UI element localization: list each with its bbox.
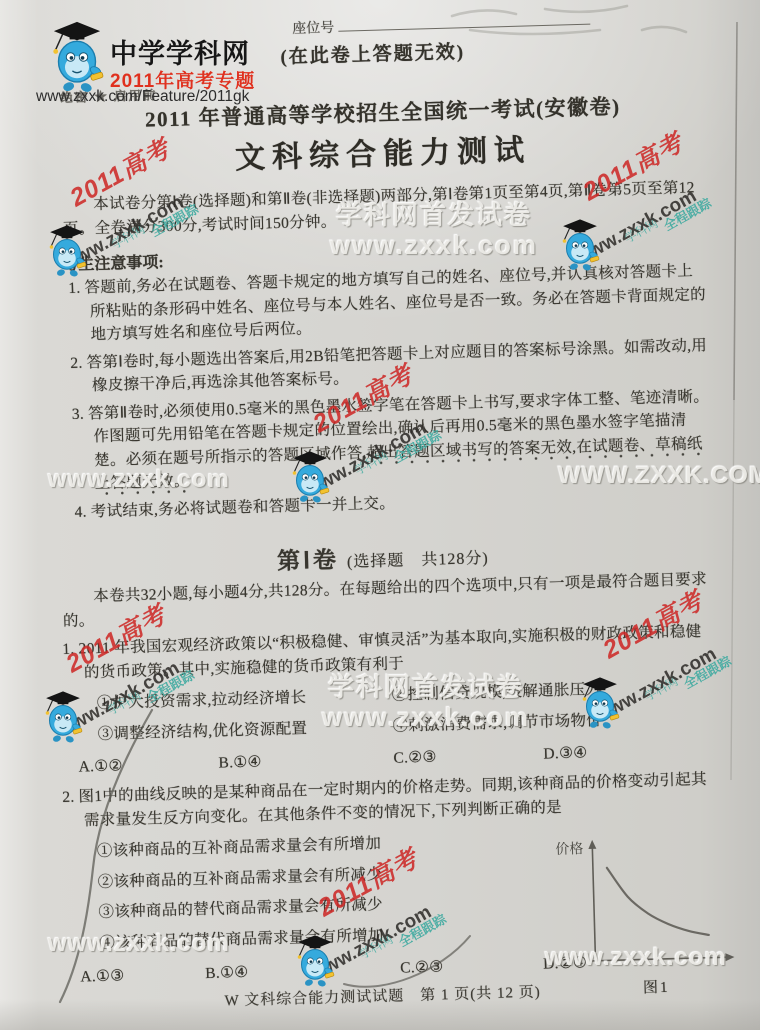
- invalid-notice: (在此卷上答题无效): [280, 37, 465, 69]
- notice-text: 考试结束,务必将试题卷和答题卡一并上交。: [91, 494, 396, 519]
- seat-number-field: 座位号: [292, 10, 590, 38]
- answer-b: B.①④: [205, 961, 249, 986]
- question-2-options: ①该种商品的互补商品需求量会有所增加 ②该种商品的互补商品需求量会有所减少 ③该…: [97, 827, 560, 955]
- option-3: ③调整经济结构,优化资源配置: [97, 714, 393, 746]
- notice-list: 1.答题前,务必在试题卷、答题卡规定的地方填写自己的姓名、座位号,并认真核对答题…: [68, 259, 715, 528]
- section1-heading-sub: (选择题 共128分): [347, 550, 489, 571]
- intro-paragraph: 本试卷分第Ⅰ卷(选择题)和第Ⅱ卷(非选择题)两部分,第Ⅰ卷第1页至第4页,第Ⅱ卷…: [62, 176, 708, 241]
- answer-c: C.②③: [393, 746, 437, 771]
- option-1: ①扩大投资需求,拉动经济增长: [97, 684, 393, 716]
- notice-text: 答第Ⅰ卷时,每小题选出答案后,用2B铅笔把答题卡上对应题目的答案标号涂黑。如需改…: [86, 337, 707, 395]
- price-trend-chart: 价格: [552, 831, 751, 974]
- option-2: ②控制信贷规模,缓解通胀压力: [391, 678, 601, 707]
- y-axis-arrow: [588, 840, 596, 849]
- question-num: 1.: [62, 641, 75, 658]
- notice-num: 3.: [72, 405, 85, 422]
- notice-item: 1.答题前,务必在试题卷、答题卡规定的地方填写自己的姓名、座位号,并认真核对答题…: [68, 259, 710, 347]
- seat-number-blank-line: [338, 24, 590, 32]
- watermark-url: www.zxxk.com: [330, 230, 538, 260]
- y-axis-label: 价格: [555, 840, 583, 858]
- price-curve: [607, 865, 709, 938]
- notice-num: 1.: [68, 280, 81, 297]
- answer-a: A.①②: [78, 754, 123, 779]
- notice-text-emphasized: 超出答题区域书写的答案无效,: [367, 438, 577, 465]
- logo-url: www.zxxk.com/Feature/2011gk: [36, 88, 249, 106]
- answer-a: A.①③: [80, 964, 125, 989]
- option-4: ④刺激消费需求,调节市场物价: [392, 708, 602, 737]
- figure-1: 价格 图1: [552, 831, 751, 996]
- question-stem-text: 图1中的曲线反映的是某种商品在一定时期内的价格走势。同期,该种商品的价格变动引起…: [78, 771, 707, 829]
- option-2: ②该种商品的互补商品需求量会有所减少: [97, 858, 557, 894]
- zxxk-mascot-icon: [48, 20, 106, 94]
- scanned-exam-page: 绝密 ★ 启用前 座位号 (在此卷上答题无效) 2011 年普通高等学校招生全国…: [0, 0, 760, 1030]
- seat-number-label: 座位号: [292, 21, 334, 37]
- scan-edge-line: [731, 400, 734, 780]
- answer-c: C.②③: [400, 955, 444, 980]
- option-1: ①该种商品的互补商品需求量会有所增加: [97, 827, 557, 863]
- x-axis-arrow: [725, 953, 734, 961]
- notice-num: 4.: [74, 503, 87, 520]
- scan-edge-line: [734, 22, 737, 400]
- notice-num: 2.: [70, 354, 83, 371]
- option-3: ③该种商品的替代商品需求量会有所减少: [98, 888, 558, 924]
- answer-d: D.③④: [543, 741, 588, 766]
- notice-heading: 考生注意事项:: [62, 249, 164, 275]
- question-stem-text: 2011 年我国宏观经济政策以“积极稳健、审慎灵活”为基本取向,实施积极的财政政…: [78, 623, 701, 681]
- zxxk-logo: 中学学科网 2011年高考专题 www.zxxk.com/Feature/201…: [30, 10, 280, 105]
- notice-item: 3.答第Ⅱ卷时,必须使用0.5毫米的黑色墨水签字笔在答题卡上书写,要求字体工整、…: [72, 385, 714, 497]
- question-num: 2.: [62, 789, 75, 806]
- question-1: 1.2011 年我国宏观经济政策以“积极稳健、审慎灵活”为基本取向,实施积极的财…: [62, 620, 714, 782]
- answer-b: B.①④: [218, 750, 262, 775]
- option-4: ④该种商品的替代商品需求量会有所增加: [99, 919, 559, 955]
- notice-text: 答题前,务必在试题卷、答题卡规定的地方填写自己的姓名、座位号,并认真核对答题卡上…: [84, 263, 706, 344]
- section1-heading-main: 第Ⅰ卷: [277, 547, 339, 574]
